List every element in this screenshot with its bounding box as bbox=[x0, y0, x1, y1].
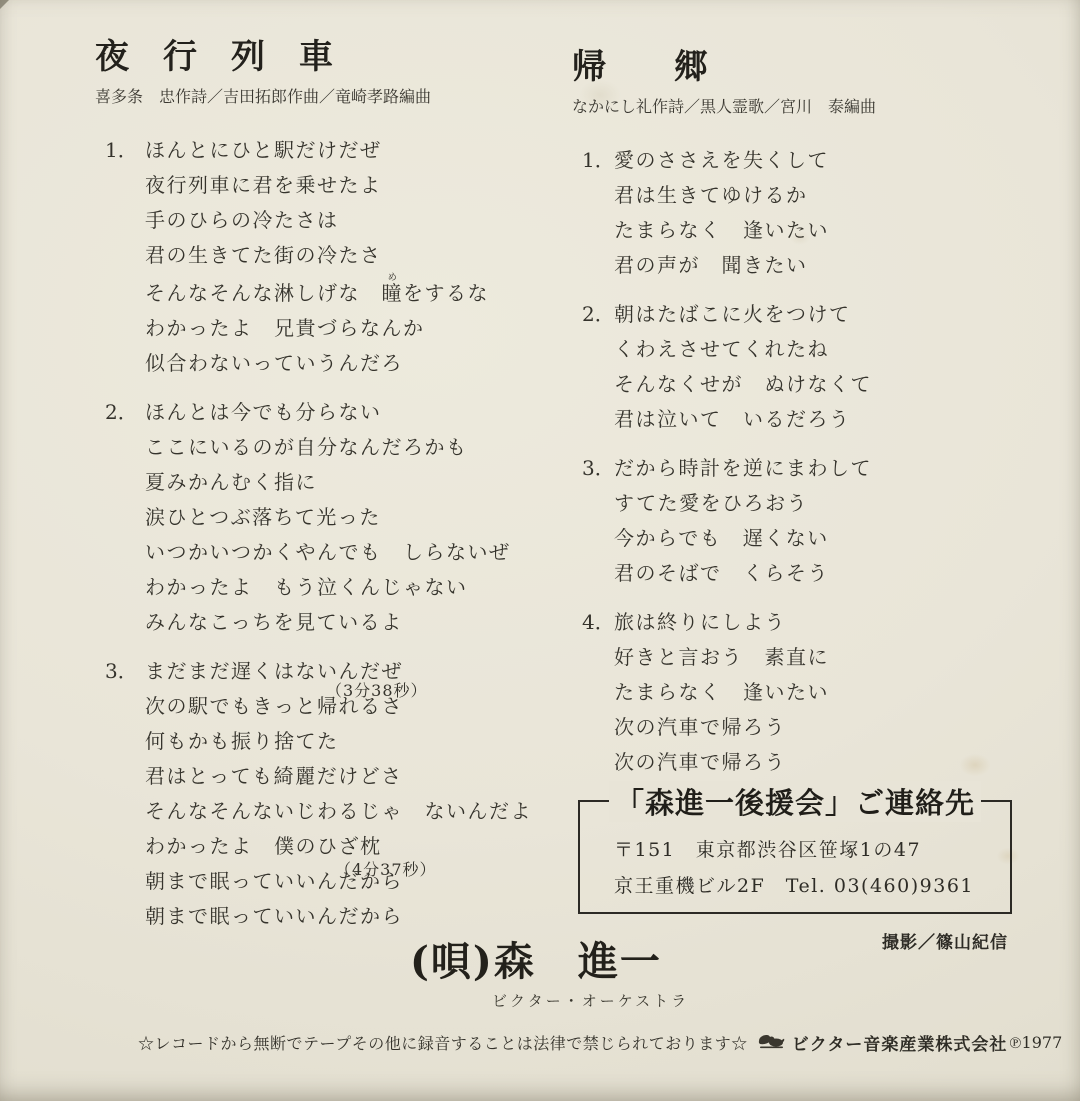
lyric-line: 君の生きてた街の冷たさ bbox=[145, 238, 600, 273]
verse: 2．朝はたばこに火をつけてくわえさせてくれたねそんなくせが ぬけなくて君は泣いて… bbox=[572, 297, 1077, 437]
lyric-line: 愛のささえを失くして bbox=[614, 143, 1077, 178]
lyric-line: みんなこっちを見ているよ bbox=[145, 605, 600, 640]
verses: 1．ほんとにひと駅だけだぜ夜行列車に君を乗せたよ手のひらの冷たさは君の生きてた街… bbox=[95, 133, 600, 934]
lyric-line: そんなそんないじわるじゃ ないんだよ bbox=[145, 794, 600, 829]
footer-line: ☆レコードから無断でテープその他に録音することは法律で禁じられております☆ ビク… bbox=[138, 1030, 1062, 1055]
song-credits: なかにし礼作詩／黒人霊歌／宮川 泰編曲 bbox=[572, 97, 1077, 117]
verse-number: 3． bbox=[582, 451, 615, 486]
duration-label: （3分38秒） bbox=[326, 678, 428, 701]
verse: 1．愛のささえを失くして君は生きてゆけるかたまらなく 逢いたい君の声が 聞きたい bbox=[572, 143, 1077, 283]
lyric-line: 次の汽車で帰ろう bbox=[614, 710, 1077, 745]
lyric-line: 今からでも 遅くない bbox=[614, 521, 1077, 556]
lyric-line: 好きと言おう 素直に bbox=[614, 640, 1077, 675]
fanclub-address-line: 〒151 東京都渋谷区笹塚1の47 bbox=[614, 832, 1010, 868]
verse-number: 3． bbox=[105, 654, 138, 689]
lyric-line: 君は泣いて いるだろう bbox=[614, 402, 1077, 437]
verse: 4．旅は終りにしよう好きと言おう 素直にたまらなく 逢いたい次の汽車で帰ろう次の… bbox=[572, 605, 1077, 780]
phonogram-year: ℗1977 bbox=[1009, 1033, 1062, 1053]
lyric-line: 君は生きてゆけるか bbox=[614, 178, 1077, 213]
lyric-line: そんなくせが ぬけなくて bbox=[614, 367, 1077, 402]
verse-number: 2． bbox=[582, 297, 615, 332]
lyric-line: ほんとは今でも分らない bbox=[145, 395, 600, 430]
scan-corner-shadow bbox=[0, 0, 9, 9]
lyric-line: ほんとにひと駅だけだぜ bbox=[145, 133, 600, 168]
song-credits: 喜多条 忠作詩／吉田拓郎作曲／竜崎孝路編曲 bbox=[95, 87, 600, 107]
lyric-line: ここにいるのが自分なんだろかも bbox=[145, 430, 600, 465]
lyric-line: だから時計を逆にまわして bbox=[614, 451, 1077, 486]
lyric-line: 君のそばで くらそう bbox=[614, 556, 1077, 591]
verse-number: 2． bbox=[105, 395, 138, 430]
lyric-line: わかったよ 兄貴づらなんか bbox=[145, 311, 600, 346]
verses: 1．愛のささえを失くして君は生きてゆけるかたまらなく 逢いたい君の声が 聞きたい… bbox=[572, 143, 1077, 780]
lyric-line: 朝はたばこに火をつけて bbox=[614, 297, 1077, 332]
singer-name: (唄)森 進一 bbox=[410, 930, 662, 987]
verse: 1．ほんとにひと駅だけだぜ夜行列車に君を乗せたよ手のひらの冷たさは君の生きてた街… bbox=[95, 133, 600, 381]
lyric-line: そんなそんな淋しげな 瞳めをするな bbox=[145, 273, 600, 311]
lyric-line: 手のひらの冷たさは bbox=[145, 203, 600, 238]
verse: 3．だから時計を逆にまわしてすてた愛をひろおう今からでも 遅くない君のそばで く… bbox=[572, 451, 1077, 591]
lyric-line: 旅は終りにしよう bbox=[614, 605, 1077, 640]
verse: 2．ほんとは今でも分らないここにいるのが自分なんだろかも夏みかんむく指に涙ひとつ… bbox=[95, 395, 600, 640]
lyric-line: 似合わないっていうんだろ bbox=[145, 346, 600, 381]
fanclub-address-line: 京王重機ビル2F Tel. 03(460)9361 bbox=[614, 868, 1010, 904]
lyric-line: 次の汽車で帰ろう bbox=[614, 745, 1077, 780]
lyric-line: 涙ひとつぶ落ちて光った bbox=[145, 500, 600, 535]
song-title: 帰 郷 bbox=[572, 48, 1077, 86]
lyric-line: たまらなく 逢いたい bbox=[614, 675, 1077, 710]
fanclub-box-title: 「森進一後援会」ご連絡先 bbox=[609, 781, 981, 822]
lyric-line: 君の声が 聞きたい bbox=[614, 248, 1077, 283]
lyric-line: くわえさせてくれたね bbox=[614, 332, 1077, 367]
duration-label: （4分37秒） bbox=[335, 857, 437, 880]
copy-protection-notice: ☆レコードから無断でテープその他に録音することは法律で禁じられております☆ bbox=[138, 1031, 748, 1054]
fanclub-contact-box: 「森進一後援会」ご連絡先 〒151 東京都渋谷区笹塚1の47 京王重機ビル2F … bbox=[578, 800, 1012, 914]
victor-dog-gramophone-icon bbox=[758, 1032, 786, 1054]
photo-credit: 撮影／篠山紀信 bbox=[882, 928, 1008, 953]
lyric-line: 朝まで眠っていいんだから bbox=[145, 899, 600, 934]
song-title: 夜 行 列 車 bbox=[95, 38, 600, 76]
ruby-annotated-word: 瞳め bbox=[382, 281, 404, 305]
song-homecoming: 帰 郷 なかにし礼作詩／黒人霊歌／宮川 泰編曲 1．愛のささえを失くして君は生き… bbox=[572, 48, 1077, 794]
lyric-line: すてた愛をひろおう bbox=[614, 486, 1077, 521]
lyric-line: いつかいつかくやんでも しらないぜ bbox=[145, 535, 600, 570]
publisher-name: ビクター音楽産業株式会社 bbox=[792, 1030, 1008, 1055]
orchestra-credit: ビクター・オーケストラ bbox=[492, 990, 689, 1011]
verse-number: 4． bbox=[582, 605, 615, 640]
verse-number: 1． bbox=[582, 143, 615, 178]
lyric-line: 君はとっても綺麗だけどさ bbox=[145, 759, 600, 794]
lyric-line: 何もかも振り捨てた bbox=[145, 724, 600, 759]
lyric-line: たまらなく 逢いたい bbox=[614, 213, 1077, 248]
lyric-line: 夜行列車に君を乗せたよ bbox=[145, 168, 600, 203]
lyric-line: 夏みかんむく指に bbox=[145, 465, 600, 500]
record-sleeve-lyric-sheet: 夜 行 列 車 喜多条 忠作詩／吉田拓郎作曲／竜崎孝路編曲 1．ほんとにひと駅だ… bbox=[0, 0, 1080, 1101]
verse-number: 1． bbox=[105, 133, 138, 168]
song-night-train: 夜 行 列 車 喜多条 忠作詩／吉田拓郎作曲／竜崎孝路編曲 1．ほんとにひと駅だ… bbox=[95, 38, 600, 948]
lyric-line: わかったよ もう泣くんじゃない bbox=[145, 570, 600, 605]
